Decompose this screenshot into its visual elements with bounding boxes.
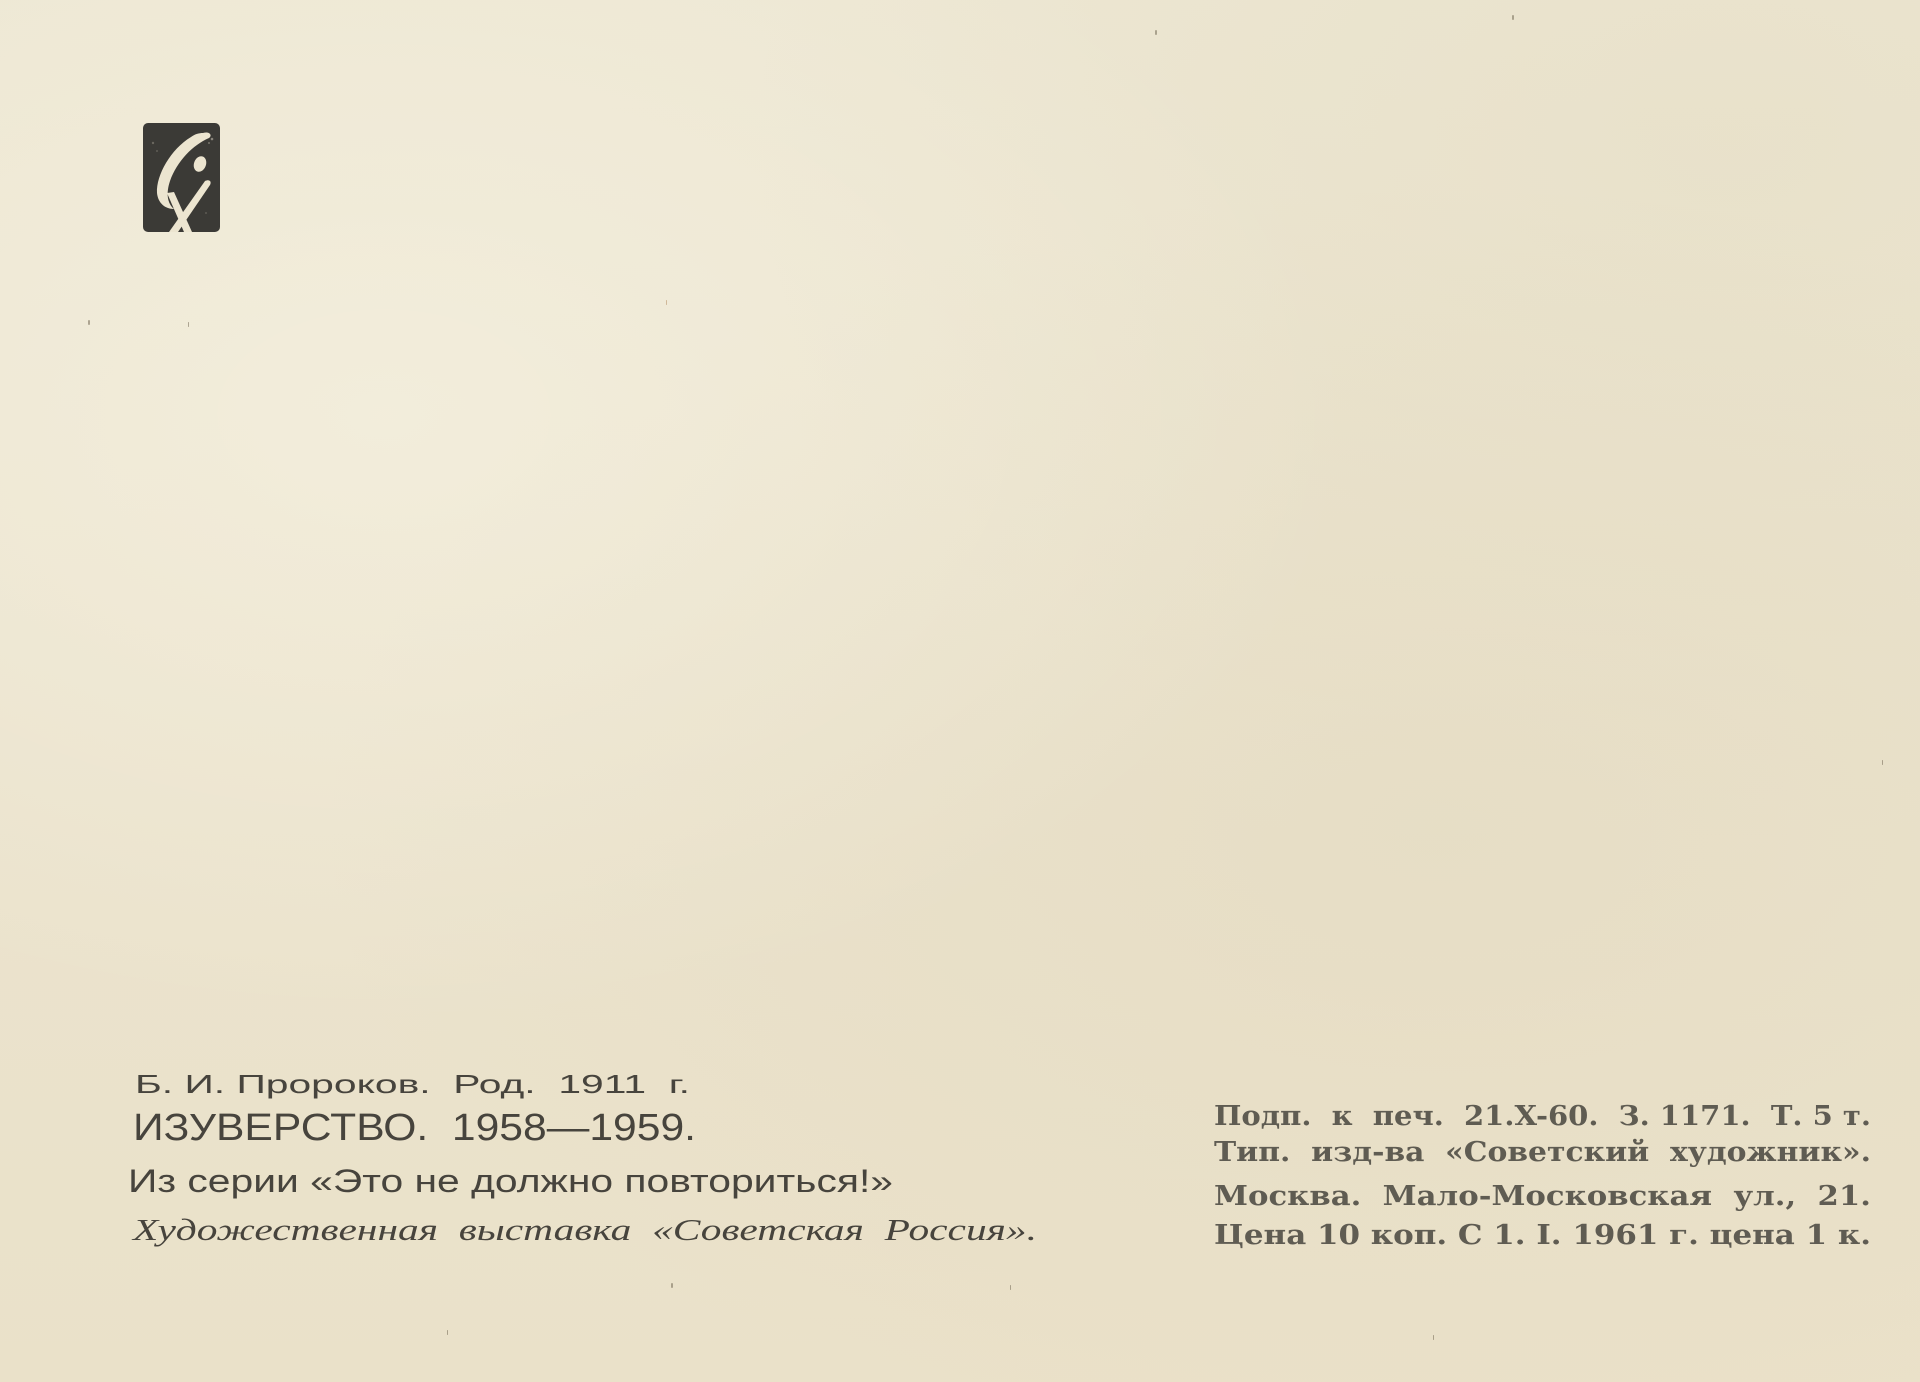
imprint-address-line: Москва. Мало-Московская ул., 21. [1214, 1183, 1871, 1210]
imprint-price-line: Цена 10 коп. С 1. I. 1961 г. цена 1 к. [1214, 1222, 1871, 1249]
paper-speck [447, 1330, 448, 1335]
paper-speck [1433, 1335, 1434, 1340]
paper-speck [1882, 760, 1883, 765]
imprint-printing-house-line: Тип. изд-ва «Советский художник». [1214, 1139, 1871, 1166]
publisher-monogram-icon [143, 123, 220, 232]
paper-speck [88, 320, 90, 325]
imprint-print-approval-line: Подп. к печ. 21.X-60. З. 1171. Т. 5 т. [1214, 1103, 1871, 1130]
artist-name-and-birth-year: Б. И. Пророков. Род. 1911 г. [135, 1071, 690, 1097]
series-name: Из серии «Это не должно повториться!» [128, 1165, 893, 1197]
paper-speck [188, 322, 189, 327]
artwork-title-and-years: ИЗУВЕРСТВО. 1958—1959. [133, 1109, 696, 1147]
exhibition-name: Художественная выставка «Советская Росси… [133, 1214, 1037, 1245]
paper-speck [1155, 30, 1157, 35]
publisher-logo [143, 123, 220, 232]
paper-speck [1010, 1285, 1011, 1290]
paper-speck [1512, 15, 1514, 20]
paper-speck [666, 300, 667, 305]
postcard-back: Б. И. Пророков. Род. 1911 г. ИЗУВЕРСТВО.… [0, 0, 1920, 1382]
paper-speck [671, 1283, 673, 1288]
